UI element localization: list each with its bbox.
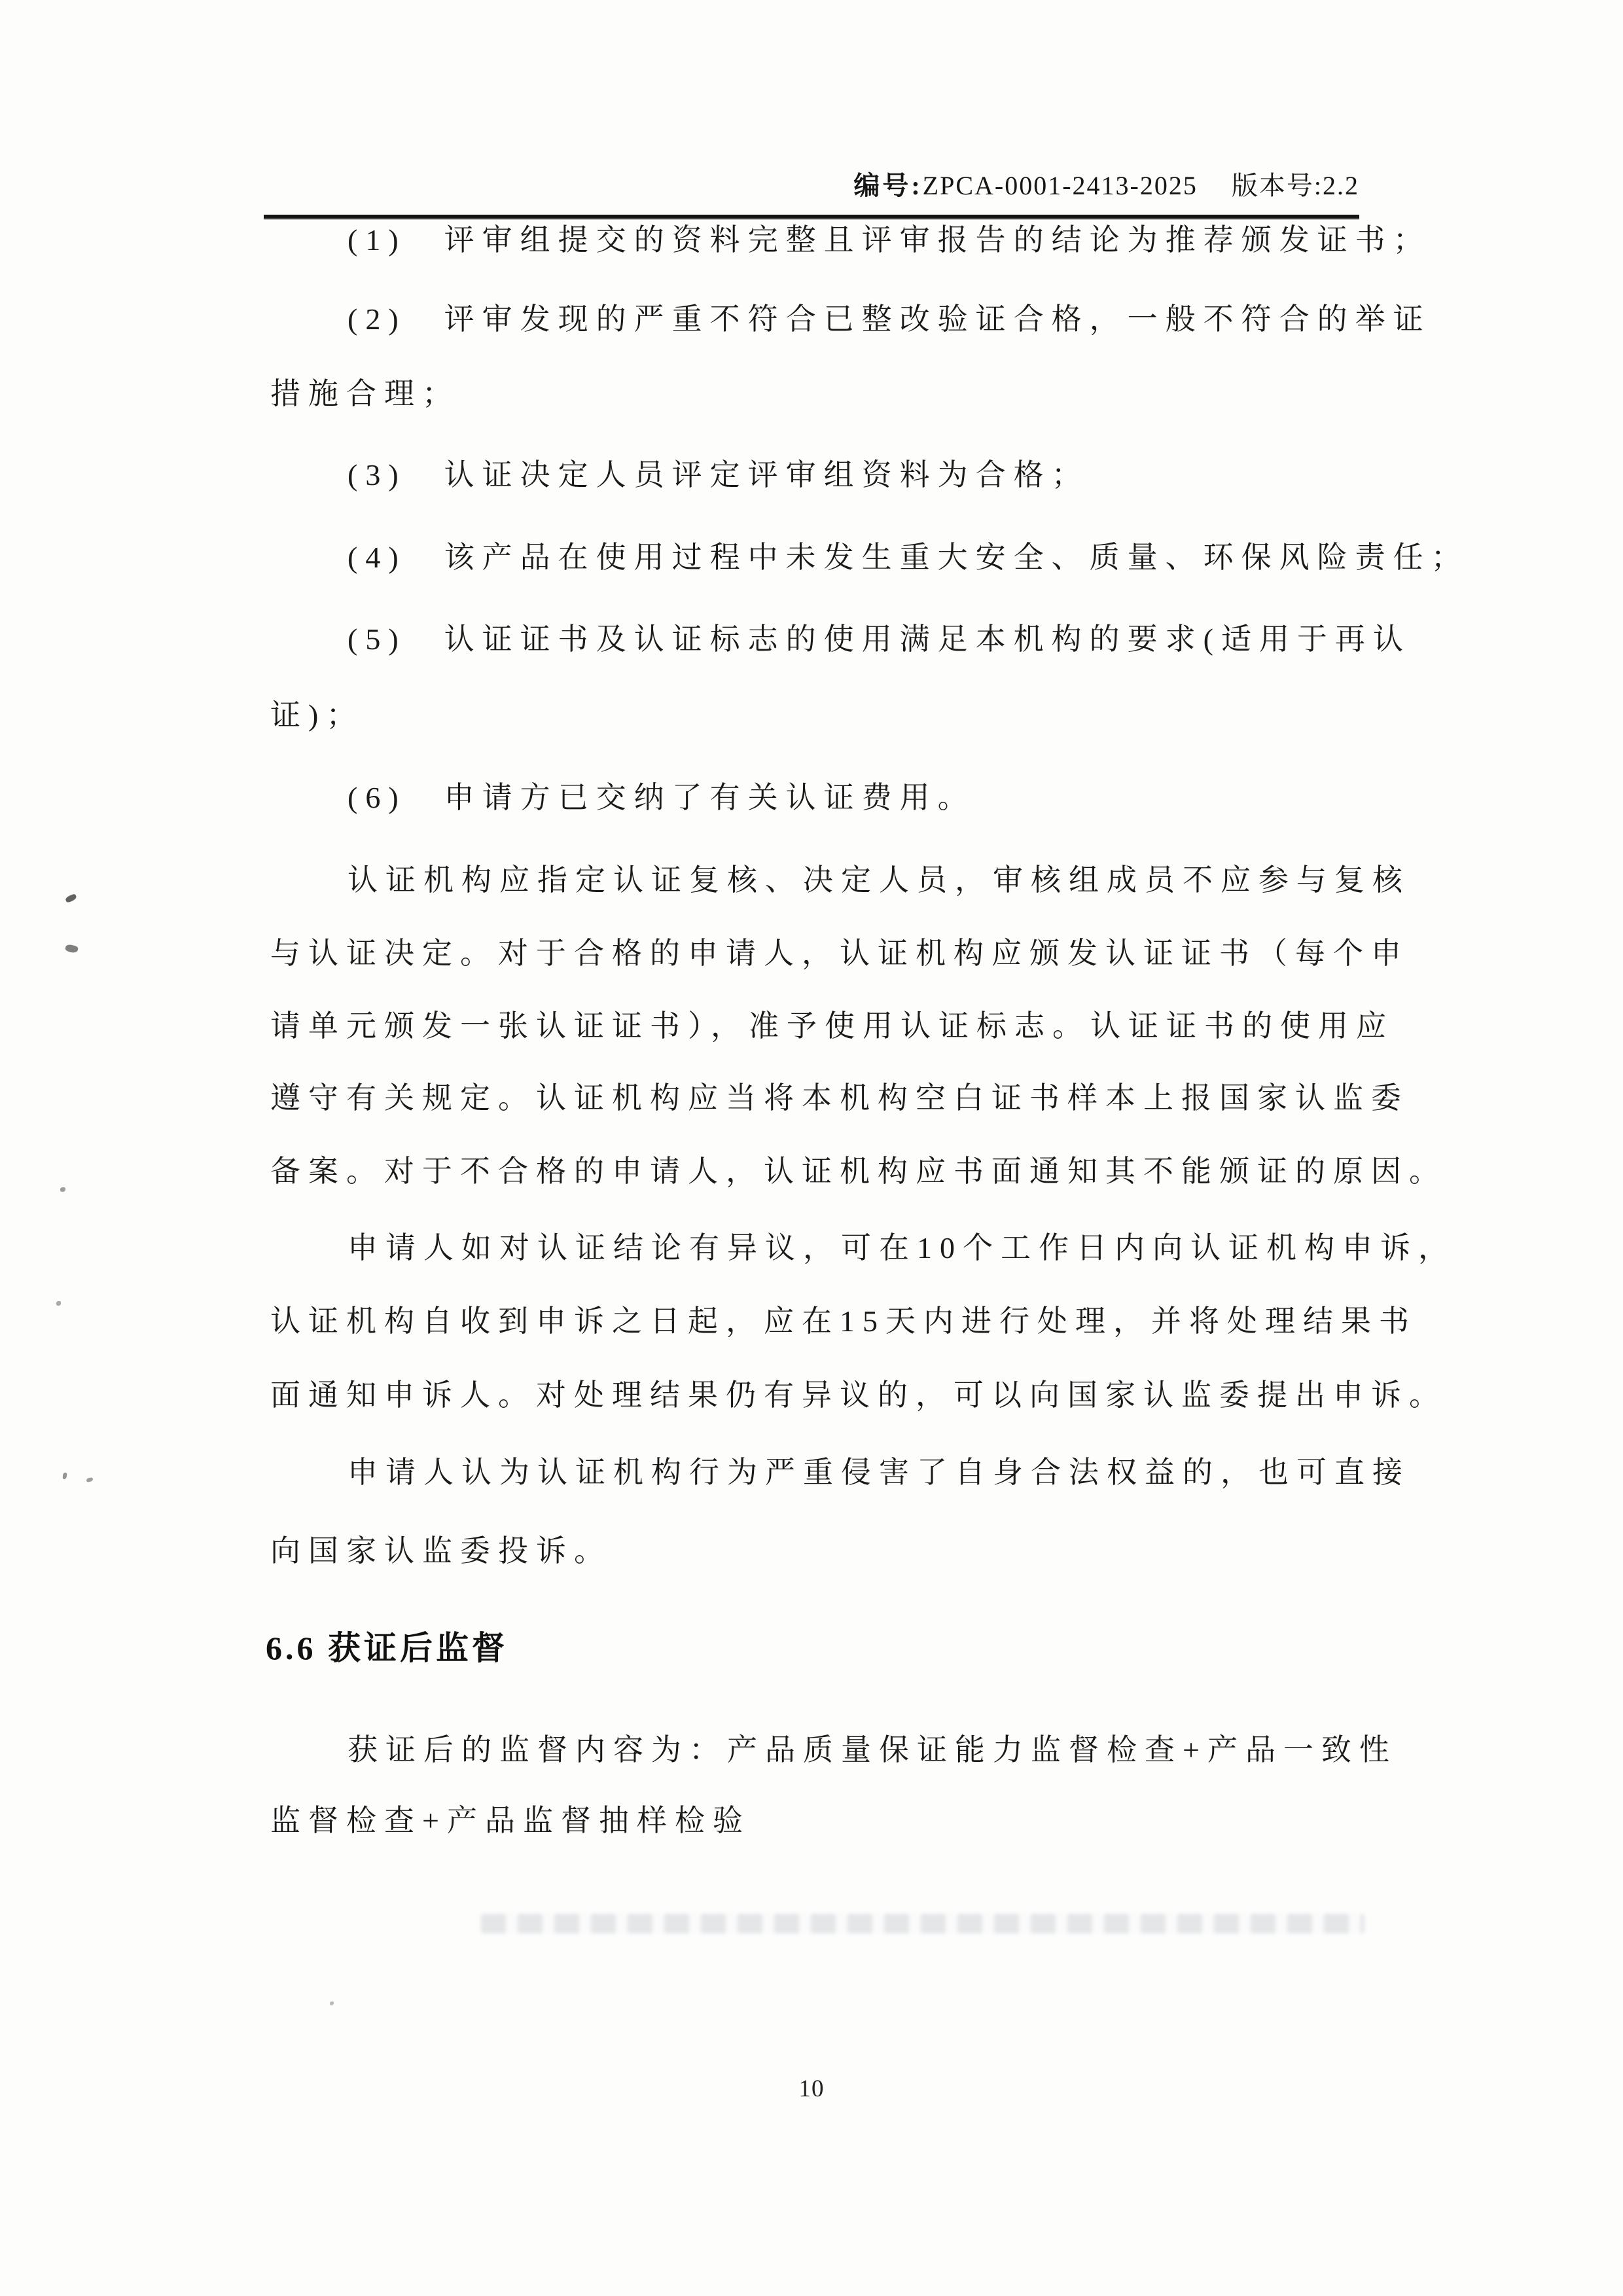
body-line: (1) 评审组提交的资料完整且评审报告的结论为推荐颁发证书； bbox=[270, 221, 1366, 260]
body-line: (5) 认证证书及认证标志的使用满足本机构的要求(适用于再认 bbox=[270, 620, 1366, 659]
section-heading-6-6: 6.6 获证后监督 bbox=[266, 1622, 508, 1669]
doc-code-value: ZPCA-0001-2413-2025 bbox=[923, 171, 1198, 200]
body-line: 认证机构自收到申诉之日起，应在15天内进行处理，并将处理结果书 bbox=[270, 1302, 1366, 1341]
body-line: 监督检查+产品监督抽样检验 bbox=[270, 1802, 1366, 1840]
scan-mark bbox=[65, 893, 77, 903]
doc-code-label: 编号: bbox=[853, 171, 922, 200]
bleed-through-text-artifact bbox=[481, 1914, 1364, 1933]
body-line: (6) 申请方已交纳了有关认证费用。 bbox=[270, 779, 1366, 817]
body-line: 获证后的监督内容为：产品质量保证能力监督检查+产品一致性 bbox=[270, 1731, 1366, 1770]
scan-mark bbox=[60, 1187, 65, 1192]
body-line: 请单元颁发一张认证证书），准予使用认证标志。认证证书的使用应 bbox=[270, 1007, 1366, 1046]
page-number: 10 bbox=[0, 2075, 1623, 2103]
body-line: 遵守有关规定。认证机构应当将本机构空白证书样本上报国家认监委 bbox=[270, 1079, 1366, 1118]
body-line: 申请人如对认证结论有异议，可在10个工作日内向认证机构申诉， bbox=[270, 1229, 1366, 1268]
header-divider-rule bbox=[264, 215, 1359, 219]
scan-mark bbox=[86, 1477, 93, 1482]
scanned-document-page: 编号:ZPCA-0001-2413-2025版本号:2.2 (1) 评审组提交的… bbox=[0, 0, 1623, 2296]
scan-mark bbox=[65, 944, 79, 954]
document-code-header: 编号:ZPCA-0001-2413-2025版本号:2.2 bbox=[270, 170, 1359, 202]
body-line: 备案。对于不合格的申请人，认证机构应书面通知其不能颁证的原因。 bbox=[270, 1153, 1366, 1191]
body-line: (2) 评审发现的严重不符合已整改验证合格，一般不符合的举证 bbox=[270, 300, 1366, 339]
body-line: (4) 该产品在使用过程中未发生重大安全、质量、环保风险责任； bbox=[270, 539, 1366, 577]
body-line: (3) 认证决定人员评定评审组资料为合格； bbox=[270, 456, 1366, 495]
scan-mark bbox=[62, 1473, 67, 1480]
body-line: 措施合理； bbox=[270, 375, 1366, 414]
body-line: 申请人认为认证机构行为严重侵害了自身合法权益的，也可直接 bbox=[270, 1454, 1366, 1492]
scan-mark bbox=[56, 1301, 61, 1306]
body-line: 认证机构应指定认证复核、决定人员，审核组成员不应参与复核 bbox=[270, 861, 1366, 900]
body-line: 向国家认监委投诉。 bbox=[270, 1532, 1366, 1571]
body-line: 证)； bbox=[270, 696, 1366, 735]
body-line: 面通知申诉人。对处理结果仍有异议的，可以向国家认监委提出申诉。 bbox=[270, 1376, 1366, 1415]
doc-version-label: 版本号: bbox=[1232, 171, 1323, 200]
body-line: 与认证决定。对于合格的申请人，认证机构应颁发认证证书（每个申 bbox=[270, 935, 1366, 973]
scan-mark bbox=[330, 2001, 334, 2005]
doc-version-value: 2.2 bbox=[1323, 171, 1359, 200]
